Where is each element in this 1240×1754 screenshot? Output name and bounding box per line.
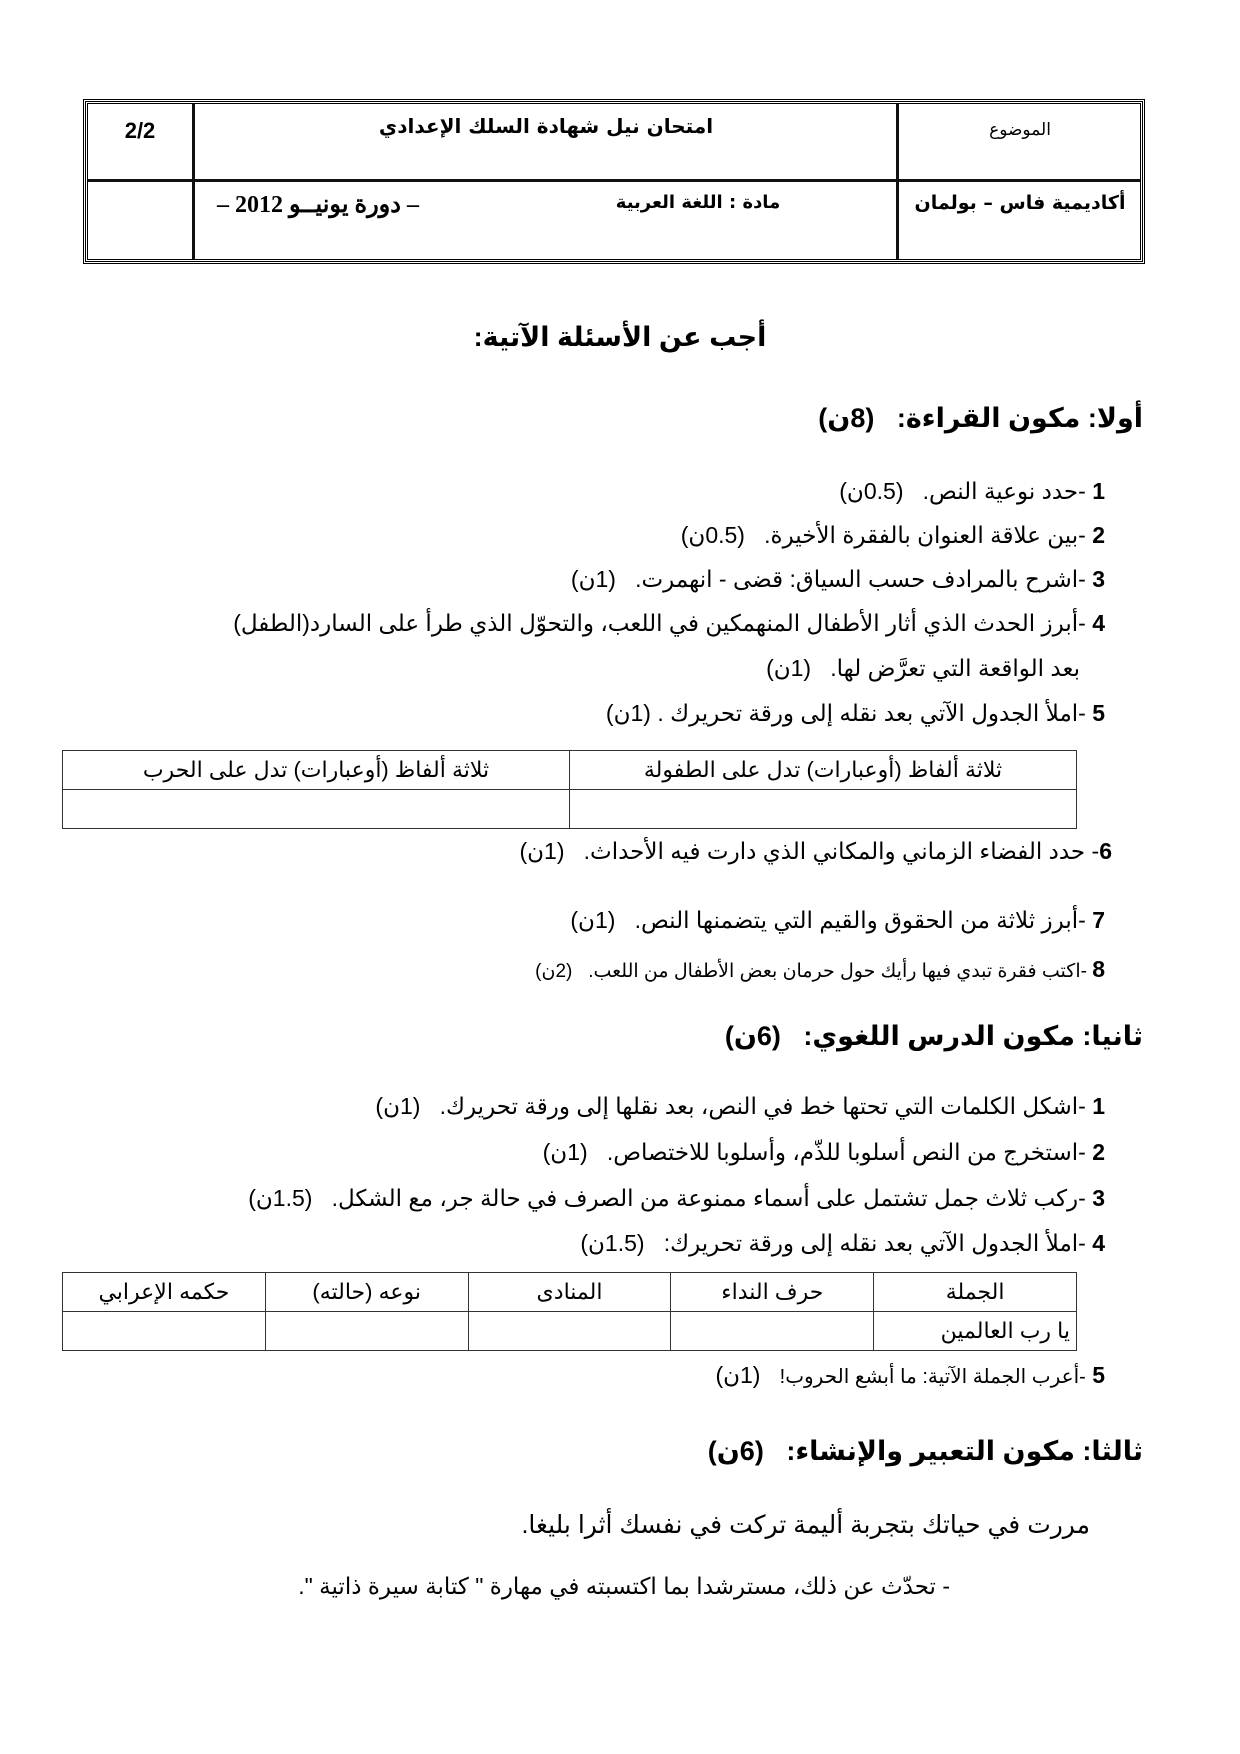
section-heading-writing: ثالثا: مكون التعبير والإنشاء: (6ن): [708, 1436, 1143, 1467]
table-header-row: ثلاثة ألفاظ (أوعبارات) تدل على الطفولة ث…: [63, 751, 1077, 790]
question-points: (1.5ن): [248, 1185, 312, 1211]
question-text: -اشكل الكلمات التي تحتها خط في النص، بعد…: [440, 1093, 1086, 1119]
exam-title: امتحان نيل شهادة السلك الإعدادي: [196, 114, 896, 138]
writing-prompt: مررت في حياتك بتجربة أليمة تركت في نفسك …: [521, 1510, 1090, 1540]
main-instruction: أجب عن الأسئلة الآتية:: [0, 322, 1240, 353]
header-divider: [88, 179, 1140, 182]
question-4-continuation: بعد الواقعة التي تعرَّض لها. (1ن): [766, 655, 1080, 682]
question-number: 2: [1092, 1139, 1105, 1165]
question-number: 7: [1092, 907, 1105, 933]
vocative-answer-table: الجملة حرف النداء المنادى نوعه (حالته) ح…: [62, 1272, 1077, 1351]
question-number: 3: [1092, 566, 1105, 592]
question-points: (1ن): [571, 566, 616, 592]
writing-task: - تحدّث عن ذلك، مسترشدا بما اكتسبته في م…: [298, 1573, 950, 1600]
question-number: 5: [1092, 700, 1105, 726]
table-cell: [265, 1312, 468, 1351]
question-3: 3 -اشرح بالمرادف حسب السياق: قضى - انهمر…: [571, 566, 1105, 593]
question-text: -املأ الجدول الآتي بعد نقله إلى ورقة تحر…: [664, 1230, 1086, 1256]
question-text: -استخرج من النص أسلوبا للذّم، وأسلوبا لل…: [607, 1139, 1086, 1165]
table-header-cell: الجملة: [874, 1273, 1077, 1312]
question-points: (1ن): [606, 700, 651, 726]
table-header-cell: المنادى: [468, 1273, 671, 1312]
table-header-cell: نوعه (حالته): [265, 1273, 468, 1312]
table-header-cell: حكمه الإعرابي: [63, 1273, 266, 1312]
section-heading-language: ثانيا: مكون الدرس اللغوي: (6ن): [725, 1021, 1143, 1052]
academy-name: أكاديمية فاس – بولمان: [900, 192, 1140, 214]
section-title: ثالثا: مكون التعبير والإنشاء:: [786, 1436, 1143, 1466]
question-number: 3: [1092, 1185, 1105, 1211]
question-points: (1ن): [375, 1093, 420, 1119]
table-row: يا رب العالمين: [63, 1312, 1077, 1351]
question-1: 1 -حدد نوعية النص. (0.5ن): [839, 478, 1105, 505]
section-points: (6ن): [708, 1436, 764, 1466]
table-header-cell: حرف النداء: [671, 1273, 874, 1312]
question-text: -اكتب فقرة تبدي فيها رأيك حول حرمان بعض …: [588, 961, 1087, 982]
question-text: -أبرز ثلاثة من الحقوق والقيم التي يتضمنه…: [635, 907, 1086, 933]
question-2: 2 -استخرج من النص أسلوبا للذّم، وأسلوبا …: [543, 1139, 1105, 1166]
question-points: (1ن): [543, 1139, 588, 1165]
section-title: أولا: مكون القراءة:: [897, 403, 1143, 433]
table-cell: [671, 1312, 874, 1351]
question-number: 1: [1092, 1093, 1105, 1119]
table-cell: [570, 790, 1077, 829]
table-cell: [468, 1312, 671, 1351]
section-points: (8ن): [818, 403, 874, 433]
question-text: -بين علاقة العنوان بالفقرة الأخيرة.: [764, 522, 1086, 548]
table-row: [63, 790, 1077, 829]
question-text: - حدد الفضاء الزماني والمكاني الذي دارت …: [584, 838, 1100, 864]
table-cell: [63, 1312, 266, 1351]
question-points: (1.5ن): [580, 1230, 644, 1256]
question-text: بعد الواقعة التي تعرَّض لها.: [830, 655, 1080, 681]
question-7: 7 -أبرز ثلاثة من الحقوق والقيم التي يتضم…: [570, 907, 1105, 934]
table-header-cell: ثلاثة ألفاظ (أوعبارات) تدل على الطفولة: [570, 751, 1077, 790]
question-points: (1ن): [519, 838, 564, 864]
question-points: (1ن): [570, 907, 615, 933]
question-number: 4: [1092, 610, 1105, 636]
section-heading-reading: أولا: مكون القراءة: (8ن): [818, 403, 1143, 434]
table-header-row: الجملة حرف النداء المنادى نوعه (حالته) ح…: [63, 1273, 1077, 1312]
question-text: -أعرب الجملة الآتية: ما أبشع الحروب!: [780, 1366, 1086, 1388]
question-number: 2: [1092, 522, 1105, 548]
topic-label: الموضوع: [900, 120, 1140, 140]
section-title: ثانيا: مكون الدرس اللغوي:: [803, 1021, 1143, 1051]
question-text: -ركب ثلاث جمل تشتمل على أسماء ممنوعة من …: [332, 1185, 1086, 1211]
question-6: 6- حدد الفضاء الزماني والمكاني الذي دارت…: [519, 838, 1112, 865]
question-5: 5 -املأ الجدول الآتي بعد نقله إلى ورقة ت…: [606, 700, 1105, 727]
question-points: (0.5ن): [839, 478, 903, 504]
question-text: -أبرز الحدث الذي أثار الأطفال المنهمكين …: [233, 610, 1086, 636]
question-number: 1: [1092, 478, 1105, 504]
question-number: 6: [1099, 838, 1112, 864]
question-text: -حدد نوعية النص.: [923, 478, 1086, 504]
question-number: 4: [1092, 1230, 1105, 1256]
question-number: 5: [1092, 1362, 1105, 1388]
question-2: 2 -بين علاقة العنوان بالفقرة الأخيرة. (0…: [681, 522, 1105, 549]
question-1: 1 -اشكل الكلمات التي تحتها خط في النص، ب…: [375, 1093, 1105, 1120]
table-cell: [63, 790, 570, 829]
question-4: 4 -املأ الجدول الآتي بعد نقله إلى ورقة ت…: [580, 1230, 1105, 1257]
page-number: 2/2: [88, 118, 192, 144]
question-4: 4 -أبرز الحدث الذي أثار الأطفال المنهمكي…: [233, 610, 1105, 637]
question-8: 8 -اكتب فقرة تبدي فيها رأيك حول حرمان بع…: [535, 956, 1105, 983]
table-cell: يا رب العالمين: [874, 1312, 1077, 1351]
question-points: (1ن): [715, 1362, 760, 1388]
question-text: -اشرح بالمرادف حسب السياق: قضى - انهمرت.: [635, 566, 1086, 592]
section-points: (6ن): [725, 1021, 781, 1051]
exam-header-table: 2/2 امتحان نيل شهادة السلك الإعدادي المو…: [85, 101, 1143, 262]
table-header-cell: ثلاثة ألفاظ (أوعبارات) تدل على الحرب: [63, 751, 570, 790]
exam-subject: مادة : اللغة العربية: [558, 192, 838, 213]
question-5: 5 -أعرب الجملة الآتية: ما أبشع الحروب! (…: [715, 1362, 1105, 1389]
question-points: (2ن): [535, 961, 572, 982]
exam-session: – دورة يونيــو 2012 –: [188, 190, 448, 219]
question-points: (0.5ن): [681, 522, 745, 548]
reading-answer-table: ثلاثة ألفاظ (أوعبارات) تدل على الطفولة ث…: [62, 750, 1077, 829]
question-points: (1ن): [766, 655, 811, 681]
question-text: -املأ الجدول الآتي بعد نقله إلى ورقة تحر…: [657, 700, 1085, 726]
question-number: 8: [1092, 956, 1105, 982]
question-3: 3 -ركب ثلاث جمل تشتمل على أسماء ممنوعة م…: [248, 1185, 1105, 1212]
